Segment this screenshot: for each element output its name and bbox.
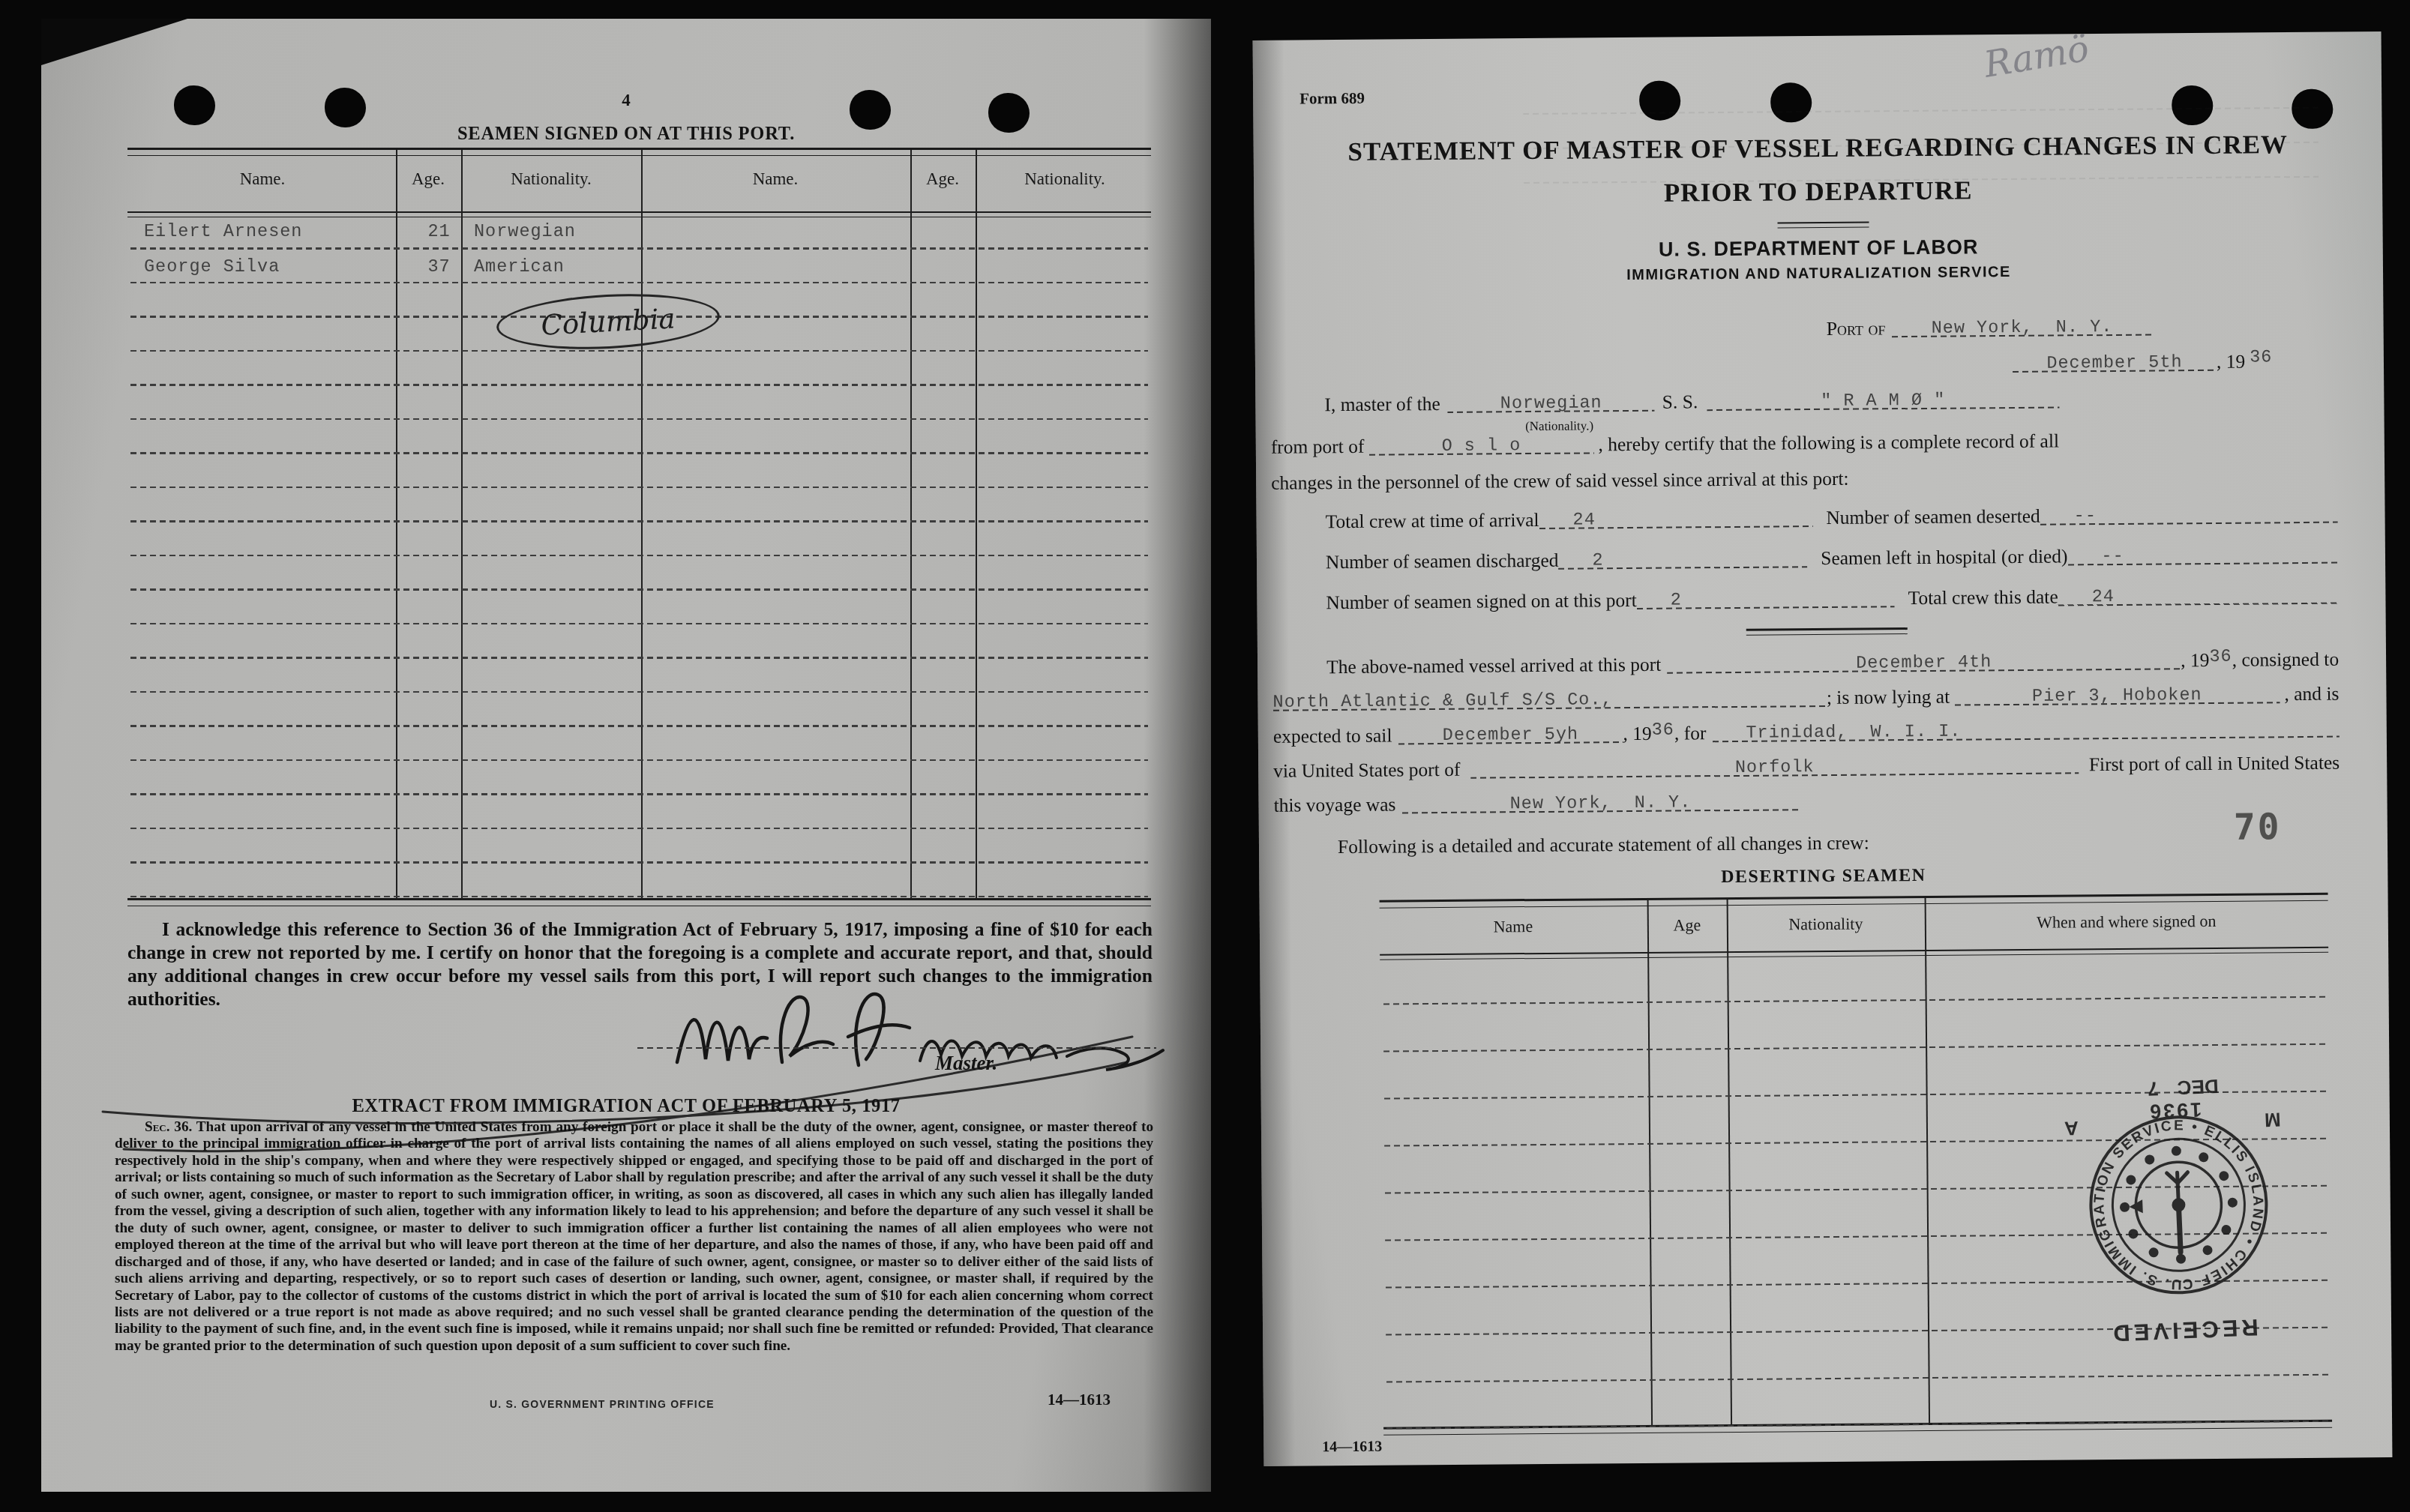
arrival-date-value: December 4th (1856, 652, 1992, 673)
stat-value: 24 (2092, 587, 2115, 607)
arrival-line-4: via United States port of Norfolk First … (1273, 752, 2340, 783)
stamp-year: 1936 (2147, 1098, 2202, 1123)
sec36-label: Sec. 36. (145, 1119, 192, 1135)
from-port-value: O s l o (1441, 436, 1521, 457)
consignee-field: North Atlantic & Gulf S/S Co., (1272, 690, 1827, 714)
right-page-scan: Form 689 Ramö STATEMENT OF MASTER OF VES… (1253, 31, 2393, 1466)
seamen-signed-on-title: SEAMEN SIGNED ON AT THIS PORT. (41, 124, 1211, 145)
master-line: I, master of the Norwegian S. S. " R A M… (1324, 388, 2059, 418)
arrival-text: expected to sail (1273, 725, 1392, 748)
certify-line2: changes in the personnel of the crew of … (1271, 468, 1849, 495)
arrival-text: , and is (2284, 683, 2339, 706)
column-header-name: Name (1493, 917, 1533, 936)
form-title-line1: STATEMENT OF MASTER OF VESSEL REGARDING … (1254, 129, 2382, 168)
table-bottom-rule (127, 898, 1151, 906)
arrival-line-2: North Atlantic & Gulf S/S Co., ; is now … (1272, 683, 2339, 714)
stat-label: Number of seamen discharged (1326, 549, 1559, 573)
column-header-age: Age (1673, 915, 1701, 935)
arrival-line-3: expected to sail December 5yh , 19 36 , … (1273, 717, 2340, 749)
column-header-nationality: Nationality. (511, 169, 592, 189)
vessel-name-value: " R A M Ø " (1821, 391, 1945, 412)
following-line: Following is a detailed and accurate sta… (1338, 832, 1869, 859)
date-year-value: 36 (2250, 347, 2272, 367)
column-header-nationality: Nationality. (1024, 169, 1105, 189)
stat-value: -- (2101, 546, 2124, 567)
arrival-text: First port of call in United States (2089, 752, 2340, 777)
seaman-name: George Silva (144, 257, 280, 277)
form-title-line2: PRIOR TO DEPARTURE (1254, 172, 2382, 211)
handwritten-nationality: Columbia (541, 302, 676, 341)
arrival-date-field: December 4th (1667, 652, 2181, 676)
seaman-age: 37 (406, 257, 472, 277)
vessel-nationality-value: Norwegian (1500, 393, 1602, 414)
vessel-nationality-field: Norwegian (1448, 394, 1655, 416)
table-top-rule (127, 148, 1151, 156)
stat-field: -- (2067, 546, 2338, 569)
stat-label: Total crew at time of arrival (1325, 509, 1539, 533)
title-rule (1777, 221, 1869, 228)
seamen-signed-on-table: Name. Age. Nationality. Name. Age. Natio… (127, 148, 1151, 903)
signature-role-label: Master. (935, 1052, 997, 1075)
seaman-nationality: American (474, 257, 565, 277)
port-of-value: New York, N. Y. (1932, 317, 2113, 339)
section-rule (1746, 627, 1908, 636)
stat-label: Seamen left in hospital (or died) (1821, 545, 2068, 570)
punch-hole (1770, 82, 1812, 122)
via-port-value: Norfolk (1735, 757, 1815, 778)
date-line: December 5th , 19 36 (2013, 350, 2273, 376)
printer-credit: U. S. GOVERNMENT PRINTING OFFICE (490, 1398, 715, 1410)
nationality-caption: (Nationality.) (1503, 418, 1616, 434)
stats-row-3: Number of seamen signed on at this port … (1326, 584, 2338, 615)
stamp-month: DEC (2177, 1075, 2219, 1099)
column-header-name: Name. (240, 169, 286, 189)
stat-value: 2 (1671, 590, 1682, 610)
punch-hole (2172, 85, 2213, 125)
date-field: December 5th (2013, 354, 2217, 376)
stat-field: 2 (1637, 590, 1895, 612)
form-number: Form 689 (1299, 89, 1365, 109)
stat-label: Number of seamen signed on at this port (1326, 589, 1637, 614)
received-stamp-graphic: RECEIVED U. S. IMMIGRATION SERVICE • ELL… (2057, 1070, 2301, 1356)
stat-field: 24 (1539, 510, 1812, 532)
stat-field: 2 (1558, 550, 1807, 573)
page-fold-shadow (1144, 19, 1211, 1492)
sec36-paragraph: Sec. 36. That upon arrival of any vessel… (115, 1119, 1153, 1355)
seaman-age: 21 (406, 222, 472, 242)
stat-label: Total crew this date (1908, 586, 2058, 610)
signature-line (637, 1047, 1156, 1049)
first-port-field: New York, N. Y. (1401, 793, 1799, 816)
column-header-age: Age. (412, 169, 445, 189)
from-port-tail: , hereby certify that the following is a… (1598, 430, 2059, 457)
arrival-text: this voyage was (1273, 793, 1395, 816)
sail-date-value: December 5yh (1443, 725, 1578, 746)
page-number-stamp: 70 (2234, 806, 2282, 848)
stamp-meridiem-a: A (2064, 1117, 2079, 1140)
stats-row-1: Total crew at time of arrival 24 Number … (1325, 503, 2337, 534)
arrival-text: , 19 (2181, 649, 2209, 672)
first-port-value: New York, N. Y. (1510, 792, 1692, 814)
arrival-year-value: 36 (2209, 647, 2232, 667)
vessel-name-field: " R A M Ø " (1707, 391, 2059, 415)
form-code: 14—1613 (1322, 1439, 1382, 1457)
lying-at-value: Pier 3, Hoboken (2032, 685, 2202, 707)
page-number: 4 (41, 91, 1211, 110)
seaman-nationality: Norwegian (474, 222, 576, 242)
stat-field: 24 (2058, 587, 2339, 609)
via-port-field: Norfolk (1470, 756, 2079, 781)
lying-at-field: Pier 3, Hoboken (1954, 686, 2280, 708)
sec36-text: That upon arrival of any vessel in the U… (115, 1119, 1153, 1354)
destination-field: Trinidad, W. I. I. (1712, 720, 2340, 746)
port-of-line: Port of New York, N. Y. (1826, 316, 2152, 341)
column-header-age: Age. (926, 169, 959, 189)
punch-hole (1639, 80, 1680, 120)
received-stamp: RECEIVED U. S. IMMIGRATION SERVICE • ELL… (2057, 1070, 2301, 1356)
arrival-text: , for (1674, 722, 1707, 744)
ss-label: S. S. (1662, 391, 1698, 413)
left-page-scan: 4 SEAMEN SIGNED ON AT THIS PORT. Name. A… (41, 19, 1211, 1492)
seaman-name: Eilert Arnesen (144, 222, 302, 242)
from-port-line: from port of O s l o , hereby certify th… (1271, 430, 2059, 460)
date-year-prefix: , 19 (2217, 351, 2245, 373)
stamp-day: 7 (2148, 1077, 2160, 1100)
department-name: U. S. DEPARTMENT OF LABOR (1254, 232, 2383, 265)
arrival-line-5: this voyage was New York, N. Y. (1273, 790, 1799, 818)
arrival-text: , consigned to (2232, 648, 2340, 672)
master-lead: I, master of the (1324, 393, 1440, 416)
destination-value: Trinidad, W. I. I. (1746, 722, 1961, 744)
consignee-value: North Atlantic & Gulf S/S Co., (1272, 690, 1612, 713)
stat-field: -- (2040, 506, 2338, 528)
pencil-annotation: Ramö (1981, 31, 2092, 86)
column-header-signed-on: When and where signed on (2037, 912, 2217, 933)
punch-hole (2292, 89, 2333, 129)
stats-row-2: Number of seamen discharged 2 Seamen lef… (1326, 543, 2338, 575)
stat-value: -- (2074, 506, 2097, 526)
arrival-text: via United States port of (1273, 759, 1461, 783)
extract-title: EXTRACT FROM IMMIGRATION ACT OF FEBRUARY… (41, 1096, 1211, 1117)
arrival-text: The above-named vessel arrived at this p… (1326, 654, 1661, 679)
stat-label: Number of seamen deserted (1826, 505, 2040, 529)
service-name: IMMIGRATION AND NATURALIZATION SERVICE (1254, 261, 2383, 287)
date-value: December 5th (2046, 352, 2182, 373)
sail-date-field: December 5yh (1398, 726, 1623, 747)
stamp-meridiem-m: M (2264, 1108, 2281, 1131)
port-of-field: New York, N. Y. (1891, 319, 2152, 341)
port-of-label: Port of (1826, 317, 1885, 340)
clock-hand (2178, 1205, 2181, 1252)
master-signature (656, 978, 1174, 1091)
stamp-received-text: RECEIVED (2109, 1314, 2259, 1346)
deserting-seamen-title: DESERTING SEAMEN (1259, 862, 2388, 891)
form-code: 14—1613 (1048, 1391, 1111, 1409)
stat-value: 24 (1572, 510, 1595, 530)
column-header-nationality: Nationality (1788, 915, 1863, 935)
scanned-document: { "scan": { "left_page": { "page_number"… (0, 0, 2410, 1512)
arrival-line-1: The above-named vessel arrived at this p… (1326, 648, 2339, 680)
from-port-field: O s l o (1368, 436, 1593, 458)
arrival-text: , 19 (1623, 723, 1651, 745)
sail-year-value: 36 (1652, 720, 1674, 741)
column-header-name: Name. (753, 169, 799, 189)
table-top-rule (1380, 893, 2328, 909)
stat-value: 2 (1592, 550, 1603, 570)
arrival-text: ; is now lying at (1827, 686, 1950, 709)
